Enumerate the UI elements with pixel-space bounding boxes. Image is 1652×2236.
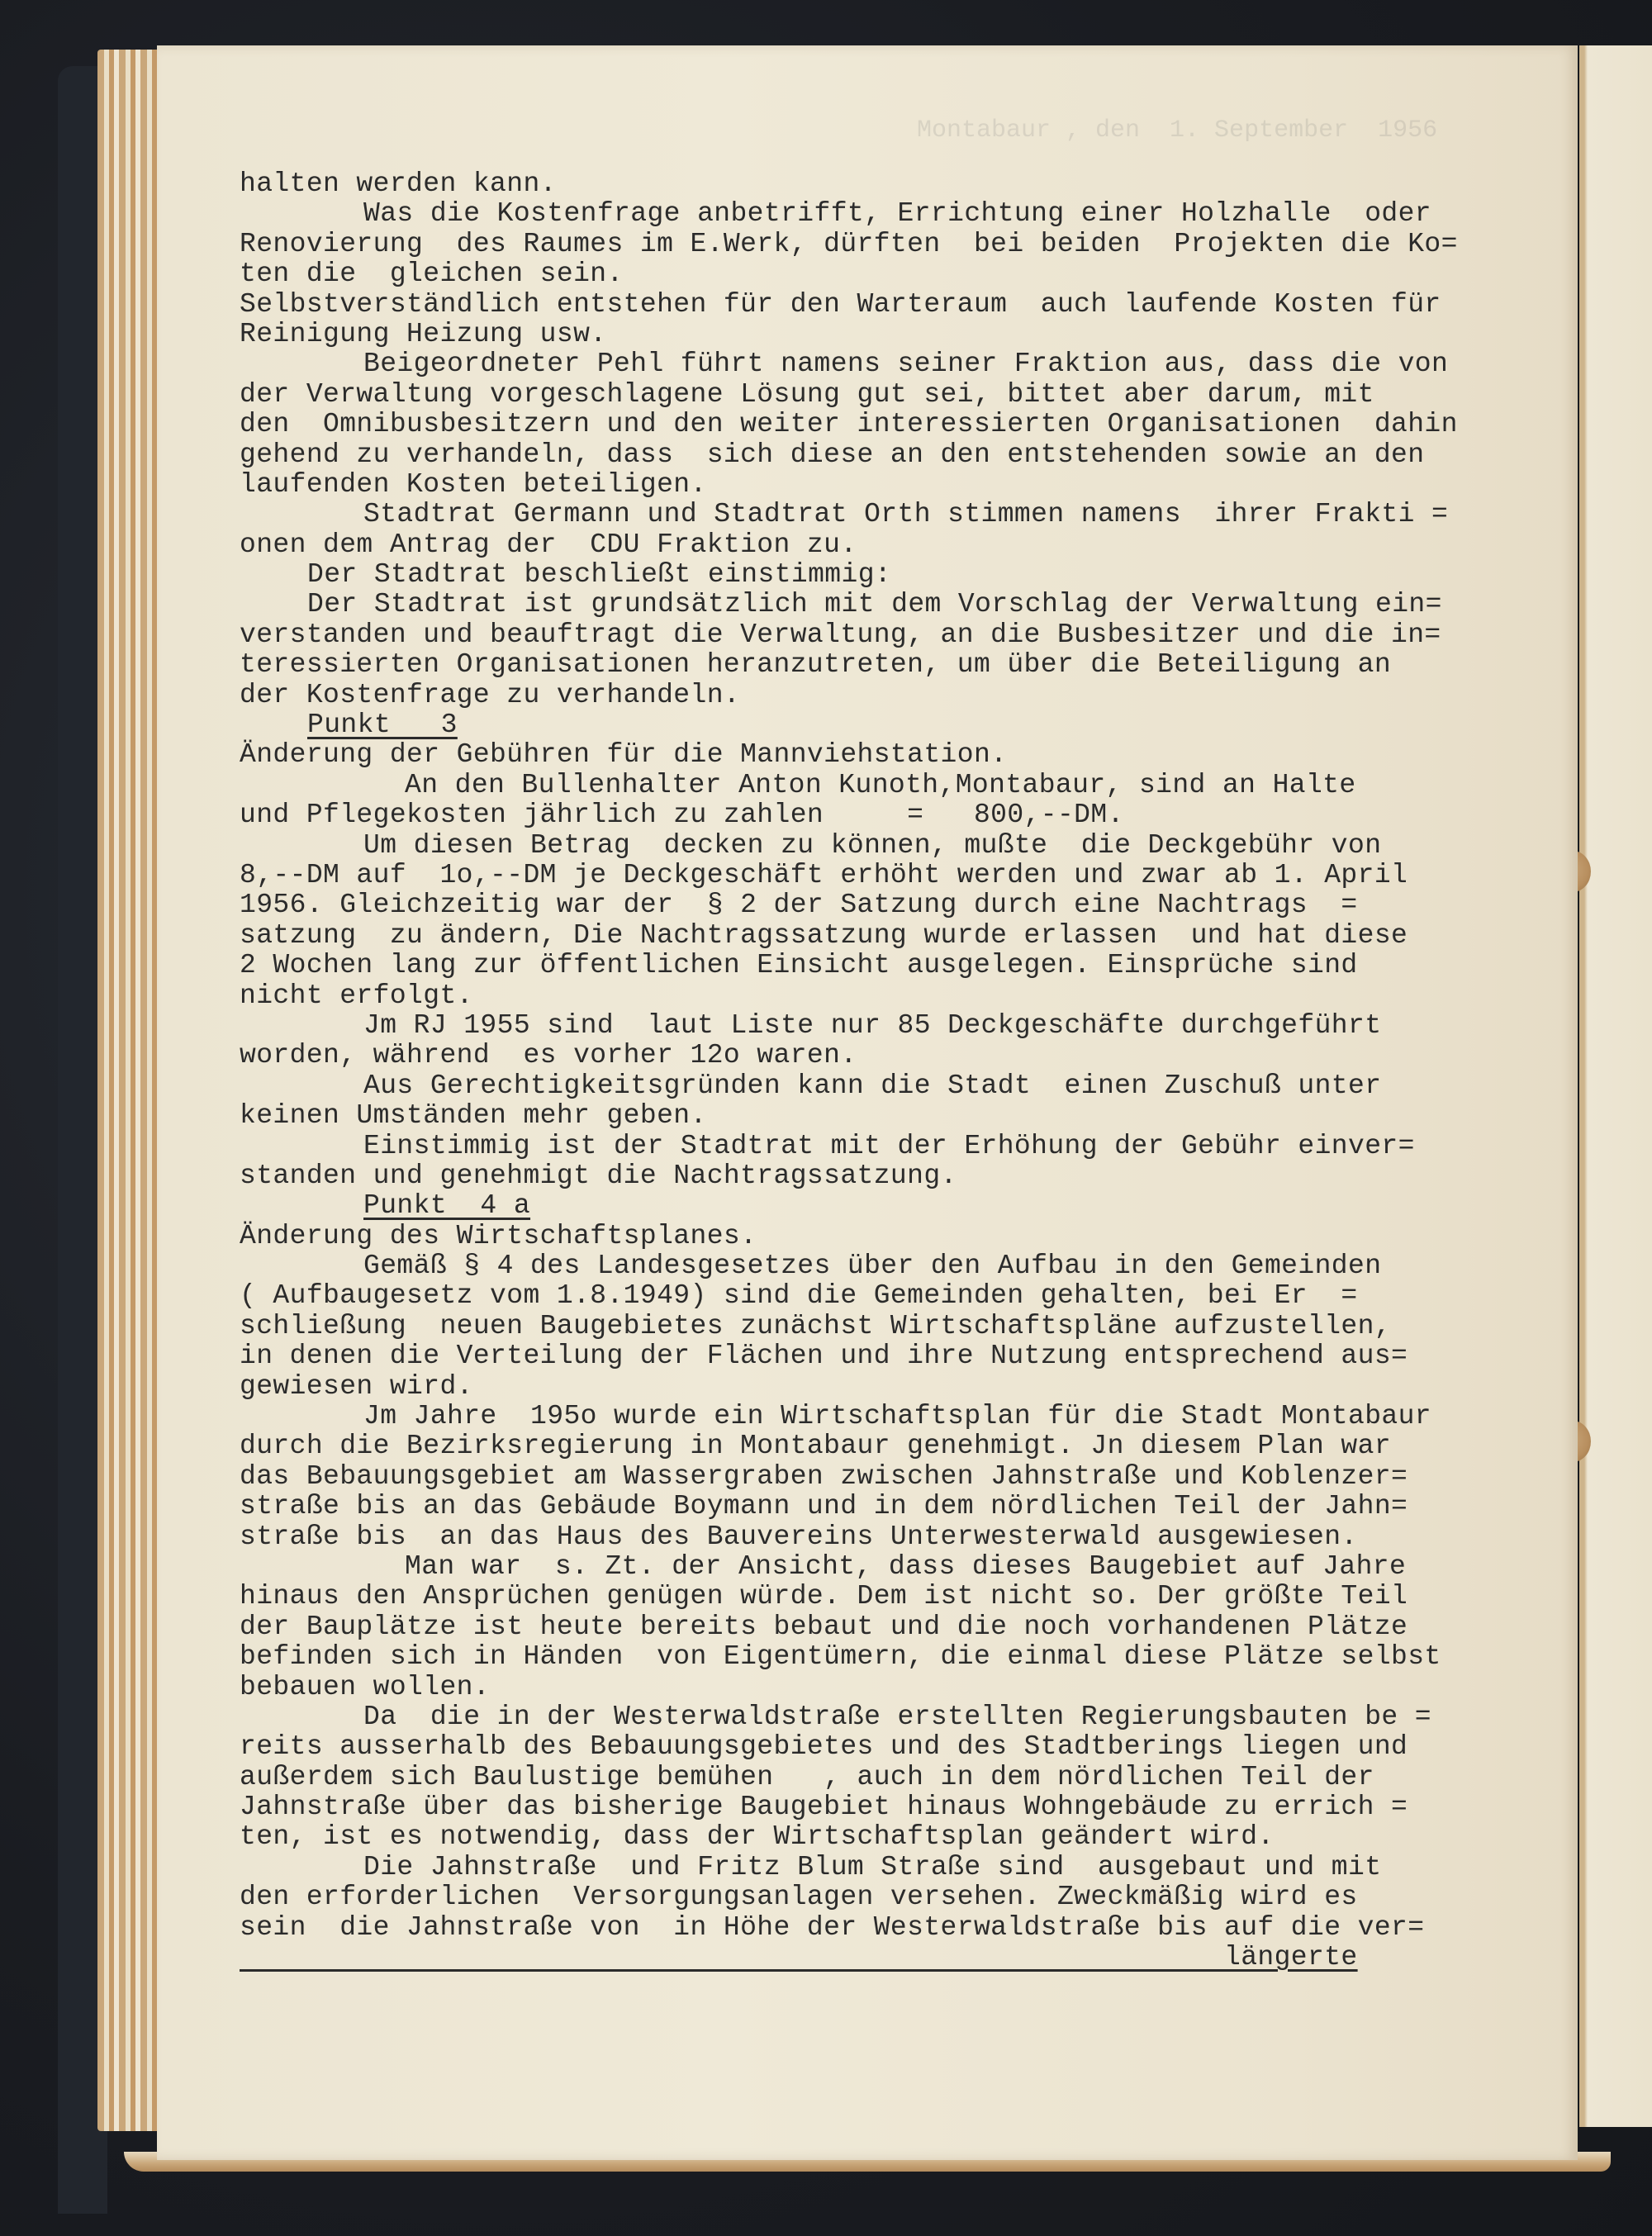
text-line: Änderung der Gebühren für die Mannviehst… [240, 740, 1578, 770]
text-line: sein die Jahnstraße von in Höhe der West… [240, 1913, 1578, 1943]
text-line: Man war s. Zt. der Ansicht, dass dieses … [240, 1552, 1578, 1582]
text-line: Um diesen Betrag decken zu können, mußte… [240, 831, 1578, 861]
text-line: reits ausserhalb des Bebauungsgebietes u… [240, 1732, 1578, 1762]
text-line: Jm Jahre 195o wurde ein Wirtschaftsplan … [240, 1402, 1578, 1431]
text-line: ( Aufbaugesetz vom 1.8.1949) sind die Ge… [240, 1281, 1578, 1311]
text-line: gewiesen wird. [240, 1372, 1578, 1402]
text-line: verstanden und beauftragt die Verwaltung… [240, 620, 1578, 650]
section-heading: längerte [240, 1943, 1578, 1973]
text-line: hinaus den Ansprüchen genügen würde. Dem… [240, 1582, 1578, 1612]
text-line: schließung neuen Baugebietes zunächst Wi… [240, 1312, 1578, 1341]
text-line: außerdem sich Baulustige bemühen , auch … [240, 1763, 1578, 1792]
text-line: nicht erfolgt. [240, 981, 1578, 1011]
facing-page-edge [1579, 45, 1652, 2127]
text-line: durch die Bezirksregierung in Montabaur … [240, 1431, 1578, 1461]
text-line: standen und genehmigt die Nachtragssatzu… [240, 1161, 1578, 1191]
text-line: teressierten Organisationen heranzutrete… [240, 650, 1578, 680]
text-line: straße bis an das Gebäude Boymann und in… [240, 1492, 1578, 1522]
text-line: gehend zu verhandeln, dass sich diese an… [240, 440, 1578, 470]
text-line: Da die in der Westerwaldstraße erstellte… [240, 1702, 1578, 1732]
text-line: Die Jahnstraße und Fritz Blum Straße sin… [240, 1853, 1578, 1882]
text-line: onen dem Antrag der CDU Fraktion zu. [240, 530, 1578, 560]
text-line: Was die Kostenfrage anbetrifft, Errichtu… [240, 199, 1578, 229]
text-line: Änderung des Wirtschaftsplanes. [240, 1222, 1578, 1251]
text-line: ten die gleichen sein. [240, 259, 1578, 289]
bleed-through-text: Montabaur , den 1. September 1956 [917, 116, 1437, 145]
text-line: befinden sich in Händen von Eigentümern,… [240, 1642, 1578, 1672]
text-line: Jm RJ 1955 sind laut Liste nur 85 Deckge… [240, 1011, 1578, 1041]
text-line: halten werden kann. [240, 169, 1578, 199]
page-stack-edge [97, 50, 164, 2131]
text-line: Aus Gerechtigkeitsgründen kann die Stadt… [240, 1071, 1578, 1101]
text-line: der Verwaltung vorgeschlagene Lösung gut… [240, 380, 1578, 410]
text-line: satzung zu ändern, Die Nachtragssatzung … [240, 921, 1578, 951]
text-line: den Omnibusbesitzern und den weiter inte… [240, 410, 1578, 439]
text-line: Selbstverständlich entstehen für den War… [240, 290, 1578, 320]
text-line: ten, ist es notwendig, dass der Wirtscha… [240, 1822, 1578, 1852]
text-line: 2 Wochen lang zur öffentlichen Einsicht … [240, 951, 1578, 980]
text-line: 8,--DM auf 1o,--DM je Deckgeschäft erhöh… [240, 861, 1578, 890]
text-line: in denen die Verteilung der Flächen und … [240, 1341, 1578, 1371]
text-line: Stadtrat Germann und Stadtrat Orth stimm… [240, 500, 1578, 529]
text-line: 1956. Gleichzeitig war der § 2 der Satzu… [240, 890, 1578, 920]
text-line: Der Stadtrat beschließt einstimmig: [240, 560, 1578, 590]
text-line: straße bis an das Haus des Bauvereins Un… [240, 1522, 1578, 1552]
text-line: Jahnstraße über das bisherige Baugebiet … [240, 1792, 1578, 1822]
text-line: der Bauplätze ist heute bereits bebaut u… [240, 1612, 1578, 1642]
text-line: keinen Umständen mehr geben. [240, 1101, 1578, 1131]
section-heading: Punkt 3 [240, 710, 1578, 740]
text-line: Der Stadtrat ist grundsätzlich mit dem V… [240, 590, 1578, 620]
text-line: worden, während es vorher 12o waren. [240, 1041, 1578, 1071]
text-line: und Pflegekosten jährlich zu zahlen = 80… [240, 800, 1578, 830]
typewritten-text: halten werden kann.Was die Kostenfrage a… [240, 169, 1578, 1973]
section-heading: Punkt 4 a [240, 1191, 1578, 1221]
text-line: laufenden Kosten beteiligen. [240, 470, 1578, 500]
text-line: An den Bullenhalter Anton Kunoth,Montaba… [240, 771, 1578, 800]
text-line: der Kostenfrage zu verhandeln. [240, 681, 1578, 710]
text-line: Reinigung Heizung usw. [240, 320, 1578, 349]
text-line: Beigeordneter Pehl führt namens seiner F… [240, 349, 1578, 379]
text-line: das Bebauungsgebiet am Wassergraben zwis… [240, 1462, 1578, 1492]
text-line: Renovierung des Raumes im E.Werk, dürfte… [240, 230, 1578, 259]
text-line: Einstimmig ist der Stadtrat mit der Erhö… [240, 1132, 1578, 1161]
text-line: Gemäß § 4 des Landesgesetzes über den Au… [240, 1251, 1578, 1281]
text-line: bebauen wollen. [240, 1673, 1578, 1702]
text-line: den erforderlichen Versorgungsanlagen ve… [240, 1882, 1578, 1912]
